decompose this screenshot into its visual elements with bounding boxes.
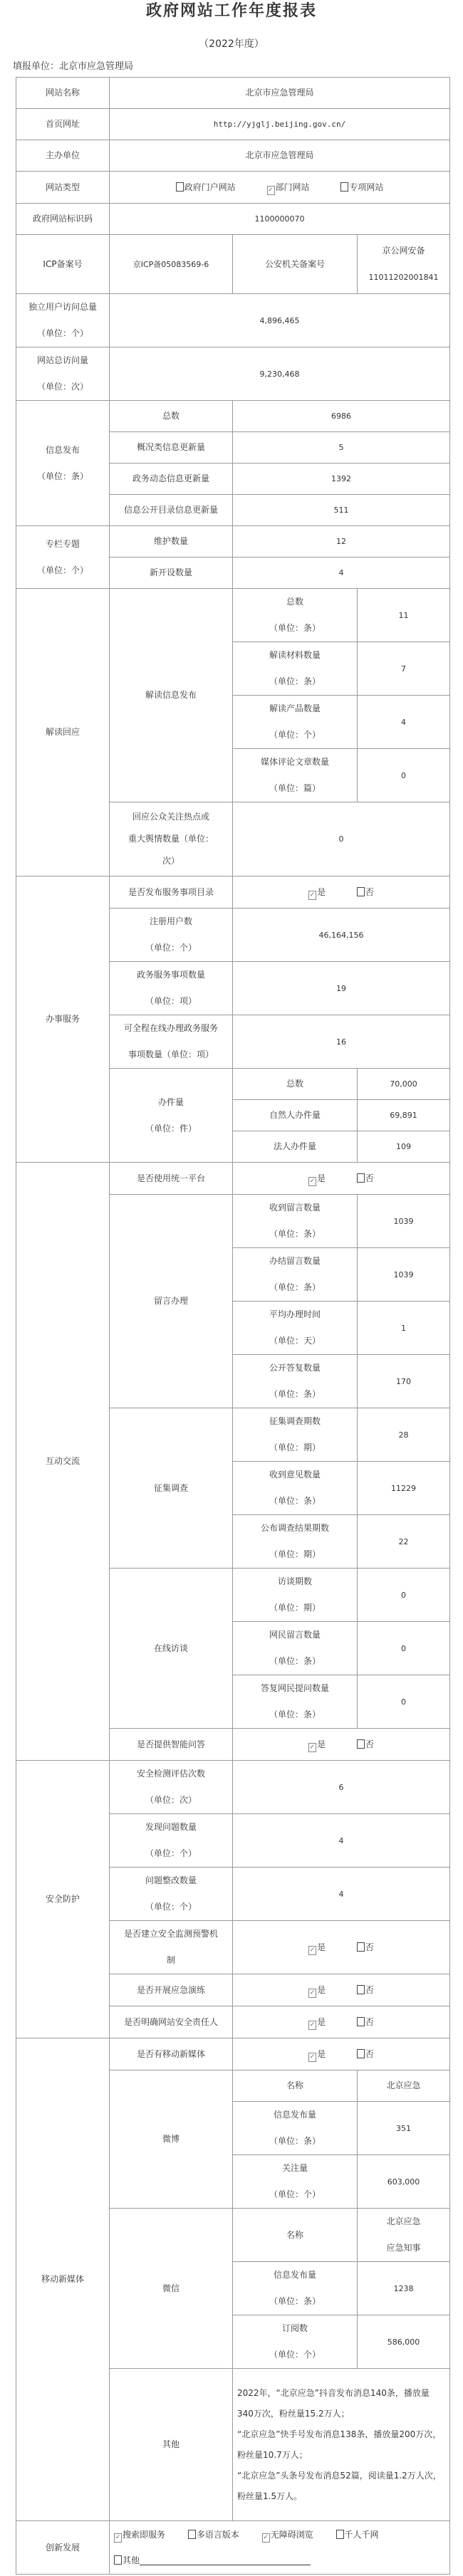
checkbox-unchecked-icon — [188, 2530, 196, 2539]
cases-item-label: 总数 — [233, 1069, 358, 1100]
row-service-catalog: 办事服务 是否发布服务事项目录 ✓是 否 — [16, 876, 450, 909]
interview-label: 在线访谈 — [110, 1569, 233, 1729]
cases-item-label: 法人办件量 — [233, 1131, 358, 1163]
police-value: 京公网安备 11011202001841 — [358, 235, 450, 294]
info-item-value: 1392 — [233, 464, 450, 495]
platform-yes-no: ✓是 否 — [233, 1163, 450, 1195]
no-option[interactable]: 否 — [357, 1732, 374, 1758]
checkbox-unchecked-icon — [357, 1942, 365, 1952]
site-code-label: 政府网站标识码 — [16, 204, 110, 235]
weibo-posts-label: 信息发布量 （单位：条） — [233, 2102, 358, 2155]
weibo-label: 微博 — [110, 2070, 233, 2209]
interp-item-label: 总数 （单位：条） — [233, 589, 358, 642]
row-columns-maintained: 专栏专题 （单位：个） 维护数量 12 — [16, 526, 450, 557]
columns-label: 专栏专题 （单位：个） — [16, 526, 110, 589]
checkbox-checked-icon: ✓ — [267, 186, 275, 195]
survey-item-value: 11229 — [358, 1462, 450, 1515]
info-item-value: 5 — [233, 432, 450, 464]
interview-item-value: 0 — [358, 1675, 450, 1729]
wechat-subs-value: 586,000 — [358, 2315, 450, 2369]
interp-item-label: 解读产品数量 （单位：个） — [233, 696, 358, 749]
cases-label: 办件量 （单位：件） — [110, 1069, 233, 1163]
media-other-label: 其他 — [110, 2369, 233, 2521]
checkbox-unchecked-icon — [357, 1985, 365, 1994]
site-type-option-department[interactable]: ✓部门网站 — [267, 174, 310, 201]
row-homepage: 首页网址 http://yjglj.beijing.gov.cn/ — [16, 109, 450, 140]
info-item-label: 总数 — [110, 401, 233, 432]
msg-item-label: 公开答复数量 （单位：条） — [233, 1355, 358, 1408]
wechat-posts-value: 1238 — [358, 2262, 450, 2315]
wechat-posts-label: 信息发布量 （单位：条） — [233, 2262, 358, 2315]
interpretation-sub-label: 解读信息发布 — [110, 589, 233, 802]
info-item-label: 概况类信息更新量 — [110, 432, 233, 464]
uv-label: 独立用户访问总量 （单位：个） — [16, 294, 110, 347]
filler-unit: 填报单位：北京市应急管理局 — [13, 59, 133, 75]
site-type-option-portal[interactable]: 政府门户网站 — [176, 174, 236, 201]
msg-item-value: 1039 — [358, 1195, 450, 1248]
checks-value: 6 — [233, 1761, 450, 1814]
checkbox-unchecked-icon — [176, 182, 184, 192]
checkbox-checked-icon: ✓ — [262, 2533, 270, 2543]
service-label: 办事服务 — [16, 876, 110, 1163]
interview-item-value: 0 — [358, 1569, 450, 1622]
interview-item-value: 0 — [358, 1622, 450, 1675]
site-name-label: 网站名称 — [16, 78, 110, 109]
columns-item-value: 4 — [233, 557, 450, 589]
innovation-option-personalized[interactable]: 千人千网 — [336, 2522, 379, 2548]
interp-item-value: 11 — [358, 589, 450, 642]
found-label: 发现问题数量 （单位：个） — [110, 1814, 233, 1868]
msg-item-label: 平均办理时间 （单位：天） — [233, 1302, 358, 1355]
fixed-value: 4 — [233, 1868, 450, 1921]
interaction-label: 互动交流 — [16, 1163, 110, 1761]
service-items-label: 政务服务事项数量 （单位：项） — [110, 962, 233, 1015]
interview-item-label: 答复网民提问数量 （单位：条） — [233, 1675, 358, 1729]
wechat-name-value: 北京应急 应急知事 — [358, 2209, 450, 2262]
checkbox-checked-icon: ✓ — [308, 2053, 316, 2062]
row-unique-visitors: 独立用户访问总量 （单位：个） 4,896,465 — [16, 294, 450, 347]
interview-item-label: 网民留言数量 （单位：条） — [233, 1622, 358, 1675]
site-code-value: 1100000070 — [110, 204, 450, 235]
checkbox-checked-icon: ✓ — [308, 1743, 316, 1752]
interpretation-label: 解读回应 — [16, 589, 110, 876]
registered-value: 46,164,156 — [233, 909, 450, 962]
owner-yes-no: ✓是 否 — [233, 2006, 450, 2038]
row-page-views: 网站总访问量 （单位：次） 9,230,468 — [16, 347, 450, 401]
innovation-options: ✓搜索即服务 多语言版本 ✓无障碍浏览 千人千网 其他 — [110, 2521, 450, 2575]
no-option[interactable]: 否 — [357, 1977, 374, 2004]
weibo-name-value: 北京应急 — [358, 2070, 450, 2102]
checkbox-unchecked-icon — [357, 2049, 365, 2058]
no-option[interactable]: 否 — [357, 2041, 374, 2068]
pv-label: 网站总访问量 （单位：次） — [16, 347, 110, 401]
survey-item-value: 28 — [358, 1408, 450, 1462]
yes-option[interactable]: ✓是 — [308, 1934, 326, 1961]
row-site-code: 政府网站标识码 1100000070 — [16, 204, 450, 235]
media-yes-no: ✓是 否 — [233, 2038, 450, 2070]
yes-option[interactable]: ✓是 — [308, 1977, 326, 2004]
checkbox-unchecked-icon — [336, 2530, 344, 2539]
checkbox-checked-icon: ✓ — [308, 1177, 316, 1186]
security-label: 安全防护 — [16, 1761, 110, 2038]
response-label: 回应公众关注热点或 重大舆情数量（单位： 次） — [110, 802, 233, 876]
no-option[interactable]: 否 — [357, 1166, 374, 1192]
sponsor-value: 北京市应急管理局 — [110, 140, 450, 172]
survey-item-value: 22 — [358, 1515, 450, 1569]
online-items-value: 16 — [233, 1015, 450, 1069]
owner-label: 是否明确网站安全责任人 — [110, 2006, 233, 2038]
interp-item-label: 解读材料数量 （单位：条） — [233, 642, 358, 696]
platform-label: 是否使用统一平台 — [110, 1163, 233, 1195]
survey-item-label: 征集调查期数 （单位：期） — [233, 1408, 358, 1462]
yes-option[interactable]: ✓是 — [308, 1166, 326, 1192]
row-site-name: 网站名称 北京市应急管理局 — [16, 78, 450, 109]
qa-yes-no: ✓是 否 — [233, 1729, 450, 1761]
msg-item-value: 170 — [358, 1355, 450, 1408]
row-info-total: 信息发布 （单位：条） 总数 6986 — [16, 401, 450, 432]
service-items-value: 19 — [233, 962, 450, 1015]
wechat-label: 微信 — [110, 2209, 233, 2369]
checkbox-unchecked-icon — [340, 182, 348, 192]
pv-value: 9,230,468 — [110, 347, 450, 401]
row-security-checks: 安全防护 安全检测评估次数 （单位：次） 6 — [16, 1761, 450, 1814]
msg-item-label: 收到留言数量 （单位：条） — [233, 1195, 358, 1248]
messages-label: 留言办理 — [110, 1195, 233, 1408]
checkbox-checked-icon: ✓ — [308, 2021, 316, 2030]
info-item-label: 信息公开目录信息更新量 — [110, 495, 233, 526]
row-unified-platform: 互动交流 是否使用统一平台 ✓是 否 — [16, 1163, 450, 1195]
online-items-label: 可全程在线办理政务服务 事项数量（单位：项） — [110, 1015, 233, 1069]
interview-item-label: 访谈期数 （单位：期） — [233, 1569, 358, 1622]
checkbox-unchecked-icon — [357, 1173, 365, 1183]
cases-item-label: 自然人办件量 — [233, 1100, 358, 1131]
uv-value: 4,896,465 — [110, 294, 450, 347]
info-item-value: 511 — [233, 495, 450, 526]
report-year: （2022年度） — [0, 36, 463, 53]
checkbox-unchecked-icon — [357, 2017, 365, 2026]
yes-option[interactable]: ✓是 — [308, 2009, 326, 2036]
cases-item-value: 69,891 — [358, 1100, 450, 1131]
site-type-options: 政府门户网站 ✓部门网站 专项网站 — [110, 172, 450, 204]
innovation-option-multilingual[interactable]: 多语言版本 — [188, 2522, 239, 2548]
row-innovation: 创新发展 ✓搜索即服务 多语言版本 ✓无障碍浏览 千人千网 其他 — [16, 2521, 450, 2575]
site-name-value: 北京市应急管理局 — [110, 78, 450, 109]
yes-option[interactable]: ✓是 — [308, 879, 326, 906]
page-title: 政府网站工作年度报表 — [0, 0, 463, 21]
no-option[interactable]: 否 — [357, 879, 374, 906]
registered-label: 注册用户数 （单位：个） — [110, 909, 233, 962]
row-media-has: 移动新媒体 是否有移动新媒体 ✓是 否 — [16, 2038, 450, 2070]
other-blank-field[interactable] — [140, 2555, 311, 2565]
row-icp: ICP备案号 京ICP备05083569-6 公安机关备案号 京公网安备 110… — [16, 235, 450, 294]
checkbox-checked-icon: ✓ — [308, 1946, 316, 1955]
columns-item-value: 12 — [233, 526, 450, 557]
drill-label: 是否开展应急演练 — [110, 1974, 233, 2006]
survey-item-label: 收到意见数量 （单位：条） — [233, 1462, 358, 1515]
qa-label: 是否提供智能问答 — [110, 1729, 233, 1761]
checkbox-unchecked-icon — [114, 2555, 122, 2565]
fixed-label: 问题整改数量 （单位：个） — [110, 1868, 233, 1921]
drill-yes-no: ✓是 否 — [233, 1974, 450, 2006]
innovation-option-search-service[interactable]: ✓搜索即服务 — [114, 2522, 165, 2548]
row-sponsor: 主办单位 北京市应急管理局 — [16, 140, 450, 172]
yes-option[interactable]: ✓是 — [308, 1732, 326, 1758]
cases-item-value: 109 — [358, 1131, 450, 1163]
interp-item-value: 4 — [358, 696, 450, 749]
response-value: 0 — [233, 802, 450, 876]
row-interp-total: 解读回应 解读信息发布 总数 （单位：条） 11 — [16, 589, 450, 642]
yes-option[interactable]: ✓是 — [308, 2041, 326, 2068]
info-publish-label: 信息发布 （单位：条） — [16, 401, 110, 526]
checks-label: 安全检测评估次数 （单位：次） — [110, 1761, 233, 1814]
wechat-name-label: 名称 — [233, 2209, 358, 2262]
msg-item-value: 1039 — [358, 1248, 450, 1302]
columns-item-label: 新开设数量 — [110, 557, 233, 589]
cases-item-value: 70,000 — [358, 1069, 450, 1100]
checkbox-unchecked-icon — [357, 1739, 365, 1749]
warning-yes-no: ✓是 否 — [233, 1921, 450, 1974]
homepage-label: 首页网址 — [16, 109, 110, 140]
weibo-followers-label: 关注量 （单位：个） — [233, 2155, 358, 2209]
no-option[interactable]: 否 — [357, 1934, 374, 1961]
info-item-value: 6986 — [233, 401, 450, 432]
info-item-label: 政务动态信息更新量 — [110, 464, 233, 495]
media-other-text: 2022年，“北京应急”抖音发布消息140条，播放量340万次，粉丝量15.2万… — [233, 2369, 450, 2521]
weibo-followers-value: 603,000 — [358, 2155, 450, 2209]
checkbox-checked-icon: ✓ — [308, 891, 316, 900]
innovation-option-accessibility[interactable]: ✓无障碍浏览 — [262, 2522, 313, 2548]
police-label: 公安机关备案号 — [233, 235, 358, 294]
interp-item-value: 7 — [358, 642, 450, 696]
innovation-label: 创新发展 — [16, 2521, 110, 2575]
msg-item-value: 1 — [358, 1302, 450, 1355]
site-type-option-special[interactable]: 专项网站 — [340, 174, 383, 201]
icp-label: ICP备案号 — [16, 235, 110, 294]
checkbox-checked-icon: ✓ — [114, 2533, 122, 2543]
row-site-type: 网站类型 政府门户网站 ✓部门网站 专项网站 — [16, 172, 450, 204]
interp-item-label: 媒体评论文章数量 （单位：篇） — [233, 749, 358, 802]
homepage-link[interactable]: http://yjglj.beijing.gov.cn/ — [110, 109, 450, 140]
media-label: 移动新媒体 — [16, 2038, 110, 2521]
found-value: 4 — [233, 1814, 450, 1868]
site-type-label: 网站类型 — [16, 172, 110, 204]
catalog-label: 是否发布服务事项目录 — [110, 876, 233, 909]
icp-value: 京ICP备05083569-6 — [110, 235, 233, 294]
weibo-name-label: 名称 — [233, 2070, 358, 2102]
checkbox-unchecked-icon — [357, 887, 365, 896]
weibo-posts-value: 351 — [358, 2102, 450, 2155]
survey-item-label: 公布调查结果期数 （单位：期） — [233, 1515, 358, 1569]
no-option[interactable]: 否 — [357, 2009, 374, 2036]
interp-item-value: 0 — [358, 749, 450, 802]
report-table: 网站名称 北京市应急管理局 首页网址 http://yjglj.beijing.… — [16, 77, 450, 2575]
columns-item-label: 维护数量 — [110, 526, 233, 557]
innovation-option-other[interactable]: 其他 — [114, 2548, 140, 2573]
msg-item-label: 办结留言数量 （单位：条） — [233, 1248, 358, 1302]
media-has-label: 是否有移动新媒体 — [110, 2038, 233, 2070]
wechat-subs-label: 订阅数 （单位：个） — [233, 2315, 358, 2369]
warning-label: 是否建立安全监测预警机 制 — [110, 1921, 233, 1974]
sponsor-label: 主办单位 — [16, 140, 110, 172]
survey-label: 征集调查 — [110, 1408, 233, 1569]
catalog-yes-no: ✓是 否 — [233, 876, 450, 909]
checkbox-checked-icon: ✓ — [308, 1989, 316, 1998]
